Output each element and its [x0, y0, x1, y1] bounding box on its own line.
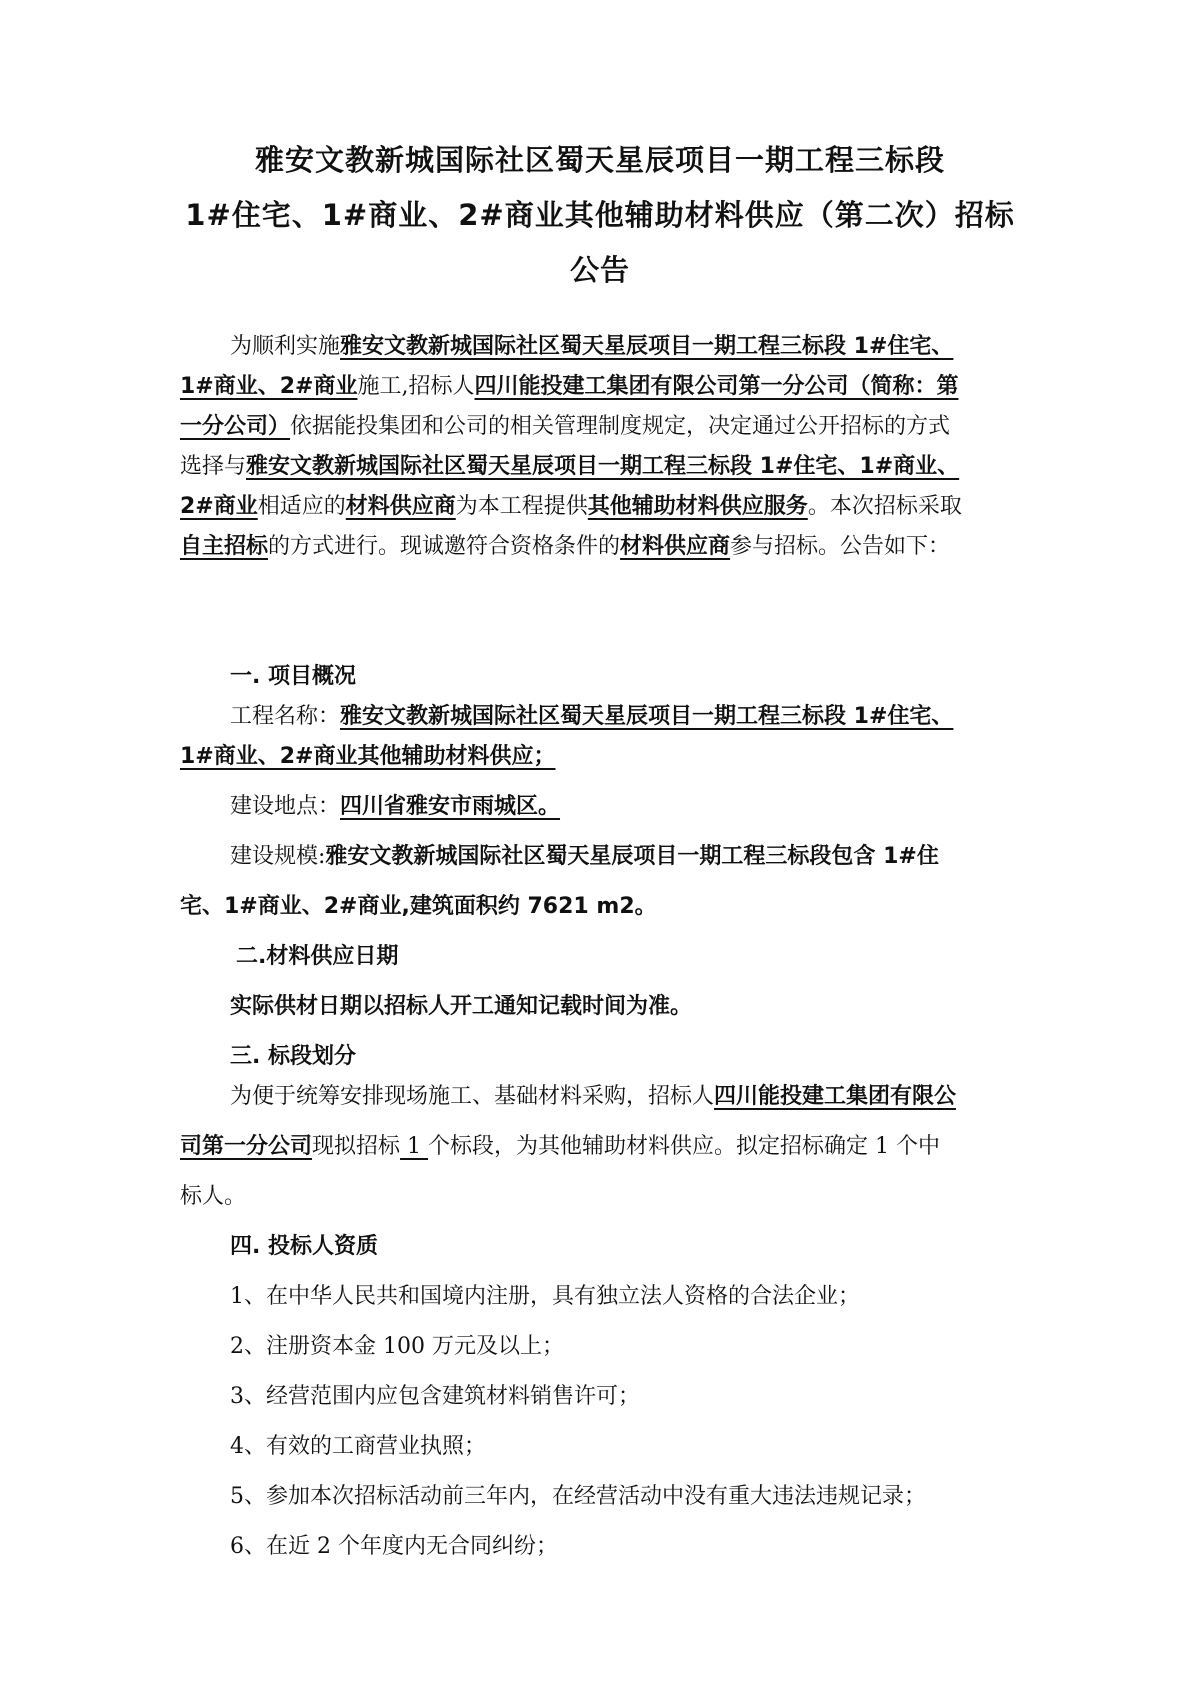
lot-division-line-1: 为便于统筹安排现场施工、基础材料采购，招标人四川能投建工集团有限公	[230, 1082, 1070, 1112]
scale-value: 雅安文教新城国际社区蜀天星辰项目一期工程三标段包含 1#住	[325, 844, 938, 869]
supplier-type: 材料供应商	[620, 534, 730, 559]
project-name-ref: 雅安文教新城国际社区蜀天星辰项目一期工程三标段 1#住宅、	[340, 334, 953, 359]
tender-method: 自主招标	[180, 534, 268, 559]
tenderer-name: 四川能投建工集团有限公	[714, 1084, 956, 1109]
location-label: 建设地点：	[230, 794, 340, 819]
intro-line-4: 选择与雅安文教新城国际社区蜀天星辰项目一期工程三标段 1#住宅、1#商业、	[180, 452, 1020, 482]
supply-date-text: 实际供材日期以招标人开工通知记载时间为准。	[230, 992, 1070, 1022]
intro-line-3: 一分公司）依据能投集团和公司的相关管理制度规定，决定通过公开招标的方式	[180, 412, 1020, 442]
doc-title-line-1: 雅安文教新城国际社区蜀天星辰项目一期工程三标段	[150, 130, 1050, 190]
intro-text: 选择与	[180, 454, 246, 479]
project-name-ref: 1#商业、2#商业	[180, 374, 357, 399]
location-value: 四川省雅安市雨城区。	[340, 794, 560, 819]
qualification-item: 5、参加本次招标活动前三年内，在经营活动中没有重大违法违规记录；	[230, 1482, 1070, 1512]
intro-text: 施工,招标人	[357, 374, 474, 399]
project-name-row-cont: 1#商业、2#商业其他辅助材料供应；	[180, 742, 1020, 772]
intro-line-1: 为顺利实施雅安文教新城国际社区蜀天星辰项目一期工程三标段 1#住宅、	[230, 332, 1070, 362]
lot-division-line-3: 标人。	[180, 1182, 1020, 1212]
supplier-type: 材料供应商	[346, 494, 456, 519]
project-name-ref: 2#商业	[180, 494, 258, 519]
project-name-ref: 雅安文教新城国际社区蜀天星辰项目一期工程三标段 1#住宅、1#商业、	[246, 454, 959, 479]
intro-line-5: 2#商业相适应的材料供应商为本工程提供其他辅助材料供应服务。本次招标采取	[180, 492, 1020, 522]
tenderer-name: 一分公司）	[180, 414, 290, 439]
intro-line-2: 1#商业、2#商业施工,招标人四川能投建工集团有限公司第一分公司（简称：第	[180, 372, 1020, 402]
intro-text: 相适应的	[258, 494, 346, 519]
qualification-item: 3、经营范围内应包含建筑材料销售许可；	[230, 1382, 1070, 1412]
tenderer-name: 司第一分公司	[180, 1134, 312, 1159]
lot-division-line-2: 司第一分公司现拟招标 1 个标段，为其他辅助材料供应。拟定招标确定 1 个中	[180, 1132, 1020, 1162]
intro-text: 为本工程提供	[456, 494, 588, 519]
project-name-label: 工程名称：	[230, 704, 340, 729]
scale-row: 建设规模:雅安文教新城国际社区蜀天星辰项目一期工程三标段包含 1#住	[230, 842, 1070, 872]
lot-text: 现拟招标	[312, 1134, 400, 1159]
service-type: 其他辅助材料供应服务	[588, 494, 808, 519]
intro-line-6: 自主招标的方式进行。现诚邀符合资格条件的材料供应商参与招标。公告如下：	[180, 532, 1020, 562]
qualification-item: 4、有效的工商营业执照；	[230, 1432, 1070, 1462]
project-name-value: 1#商业、2#商业其他辅助材料供应；	[180, 744, 555, 769]
qualification-item: 2、注册资本金 100 万元及以上；	[230, 1332, 1070, 1362]
qualification-item: 6、在近 2 个年度内无合同纠纷；	[230, 1532, 1070, 1562]
section-2-heading: 二.材料供应日期	[236, 942, 1076, 972]
location-row: 建设地点：四川省雅安市雨城区。	[230, 792, 1070, 822]
section-3-heading: 三. 标段划分	[230, 1042, 1070, 1072]
lot-text: 为便于统筹安排现场施工、基础材料采购，招标人	[230, 1084, 714, 1109]
scale-row-cont: 宅、1#商业、2#商业,建筑面积约 7621 m2。	[180, 892, 1020, 922]
intro-text: 的方式进行。现诚邀符合资格条件的	[268, 534, 620, 559]
section-4-heading: 四. 投标人资质	[230, 1232, 1070, 1262]
intro-text: 。本次招标采取	[808, 494, 962, 519]
doc-title-line-3: 公告	[150, 240, 1050, 300]
intro-text: 参与招标。公告如下：	[730, 534, 950, 559]
tenderer-name: 四川能投建工集团有限公司第一分公司（简称：第	[474, 374, 958, 399]
intro-text: 依据能投集团和公司的相关管理制度规定，决定通过公开招标的方式	[290, 414, 950, 439]
project-name-value: 雅安文教新城国际社区蜀天星辰项目一期工程三标段 1#住宅、	[340, 704, 953, 729]
project-name-row: 工程名称：雅安文教新城国际社区蜀天星辰项目一期工程三标段 1#住宅、	[230, 702, 1070, 732]
lot-count: 1	[400, 1134, 428, 1159]
section-1-heading: 一. 项目概况	[230, 662, 1070, 692]
intro-text: 为顺利实施	[230, 334, 340, 359]
document-page: 雅安文教新城国际社区蜀天星辰项目一期工程三标段 1#住宅、1#商业、2#商业其他…	[0, 0, 1191, 1684]
lot-text: 个标段，为其他辅助材料供应。拟定招标确定 1 个中	[428, 1134, 940, 1159]
doc-title-line-2: 1#住宅、1#商业、2#商业其他辅助材料供应（第二次）招标	[150, 185, 1050, 245]
qualification-item: 1、在中华人民共和国境内注册，具有独立法人资格的合法企业；	[230, 1282, 1070, 1312]
scale-label: 建设规模:	[230, 844, 325, 869]
